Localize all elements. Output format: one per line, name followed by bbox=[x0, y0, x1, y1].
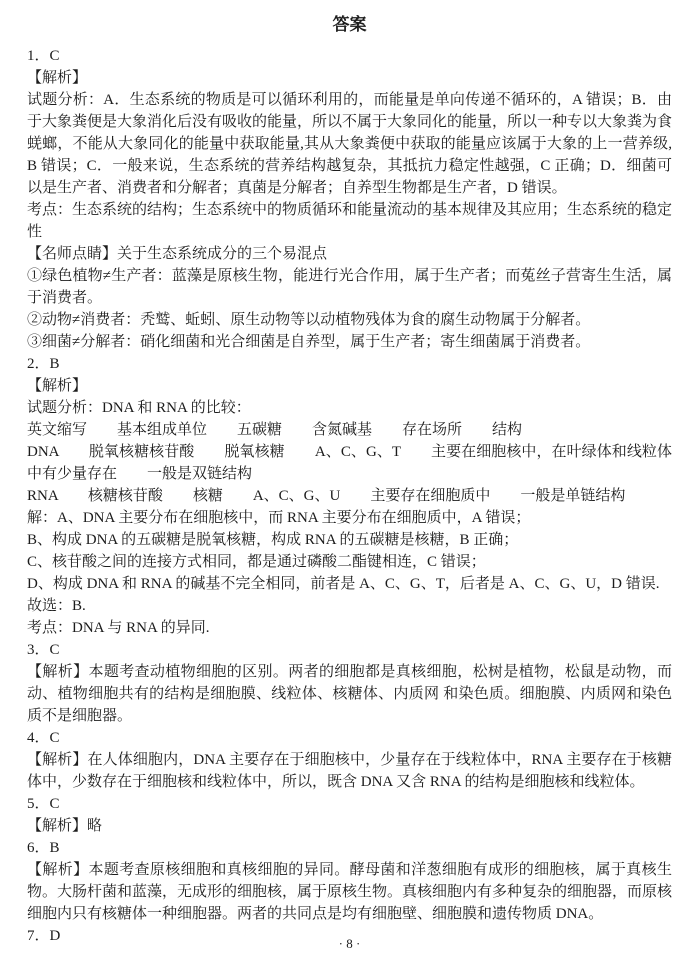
paragraph: 【解析】 bbox=[27, 375, 672, 397]
paragraph: 4．C bbox=[27, 727, 672, 749]
document-body: 1．C【解析】试题分析：A．生态系统的物质是可以循环利用的，而能量是单向传递不循… bbox=[27, 45, 672, 947]
paragraph: 故选：B. bbox=[27, 595, 672, 617]
paragraph: 【解析】本题考查动植物细胞的区别。两者的细胞都是真核细胞，松树是植物，松鼠是动物… bbox=[27, 661, 672, 727]
page-number: · 8 · bbox=[0, 936, 699, 952]
paragraph: 解：A、DNA 主要分布在细胞核中，而 RNA 主要分布在细胞质中，A 错误； bbox=[27, 507, 672, 529]
page-title: 答案 bbox=[27, 14, 672, 36]
paragraph: 5．C bbox=[27, 793, 672, 815]
paragraph: 3．C bbox=[27, 639, 672, 661]
paragraph: 【解析】 bbox=[27, 67, 672, 89]
paragraph: 2．B bbox=[27, 353, 672, 375]
paragraph: B、构成 DNA 的五碳糖是脱氧核糖，构成 RNA 的五碳糖是核糖，B 正确； bbox=[27, 529, 672, 551]
paragraph: RNA 核糖核苷酸 核糖 A、C、G、U 主要存在细胞质中 一般是单链结构 bbox=[27, 485, 672, 507]
paragraph: ②动物≠消费者：秃鹫、蚯蚓、原生动物等以动植物残体为食的腐生动物属于分解者。 bbox=[27, 309, 672, 331]
paragraph: 【解析】在人体细胞内，DNA 主要存在于细胞核中，少量存在于线粒体中，RNA 主… bbox=[27, 749, 672, 793]
paragraph: 【解析】略 bbox=[27, 815, 672, 837]
paragraph: D、构成 DNA 和 RNA 的碱基不完全相同，前者是 A、C、G、T，后者是 … bbox=[27, 573, 672, 595]
answer-document-page: 答案 1．C【解析】试题分析：A．生态系统的物质是可以循环利用的，而能量是单向传… bbox=[0, 0, 699, 965]
paragraph: 6．B bbox=[27, 837, 672, 859]
paragraph: 【名师点睛】关于生态系统成分的三个易混点 bbox=[27, 243, 672, 265]
paragraph: ③细菌≠分解者：硝化细菌和光合细菌是自养型，属于生产者；寄生细菌属于消费者。 bbox=[27, 331, 672, 353]
paragraph: 考点：DNA 与 RNA 的异同. bbox=[27, 617, 672, 639]
paragraph: 英文缩写 基本组成单位 五碳糖 含氮碱基 存在场所 结构 bbox=[27, 419, 672, 441]
paragraph: DNA 脱氧核糖核苷酸 脱氧核糖 A、C、G、T 主要在细胞核中，在叶绿体和线粒… bbox=[27, 441, 672, 485]
paragraph: ①绿色植物≠生产者：蓝藻是原核生物，能进行光合作用，属于生产者；而菟丝子营寄生生… bbox=[27, 265, 672, 309]
paragraph: 试题分析：A．生态系统的物质是可以循环利用的，而能量是单向传递不循环的，A 错误… bbox=[27, 89, 672, 199]
paragraph: 考点：生态系统的结构；生态系统中的物质循环和能量流动的基本规律及其应用；生态系统… bbox=[27, 199, 672, 243]
paragraph: C、核苷酸之间的连接方式相同，都是通过磷酸二酯键相连，C 错误； bbox=[27, 551, 672, 573]
paragraph: 试题分析：DNA 和 RNA 的比较： bbox=[27, 397, 672, 419]
paragraph: 1．C bbox=[27, 45, 672, 67]
paragraph: 【解析】本题考查原核细胞和真核细胞的异同。酵母菌和洋葱细胞有成形的细胞核，属于真… bbox=[27, 859, 672, 925]
